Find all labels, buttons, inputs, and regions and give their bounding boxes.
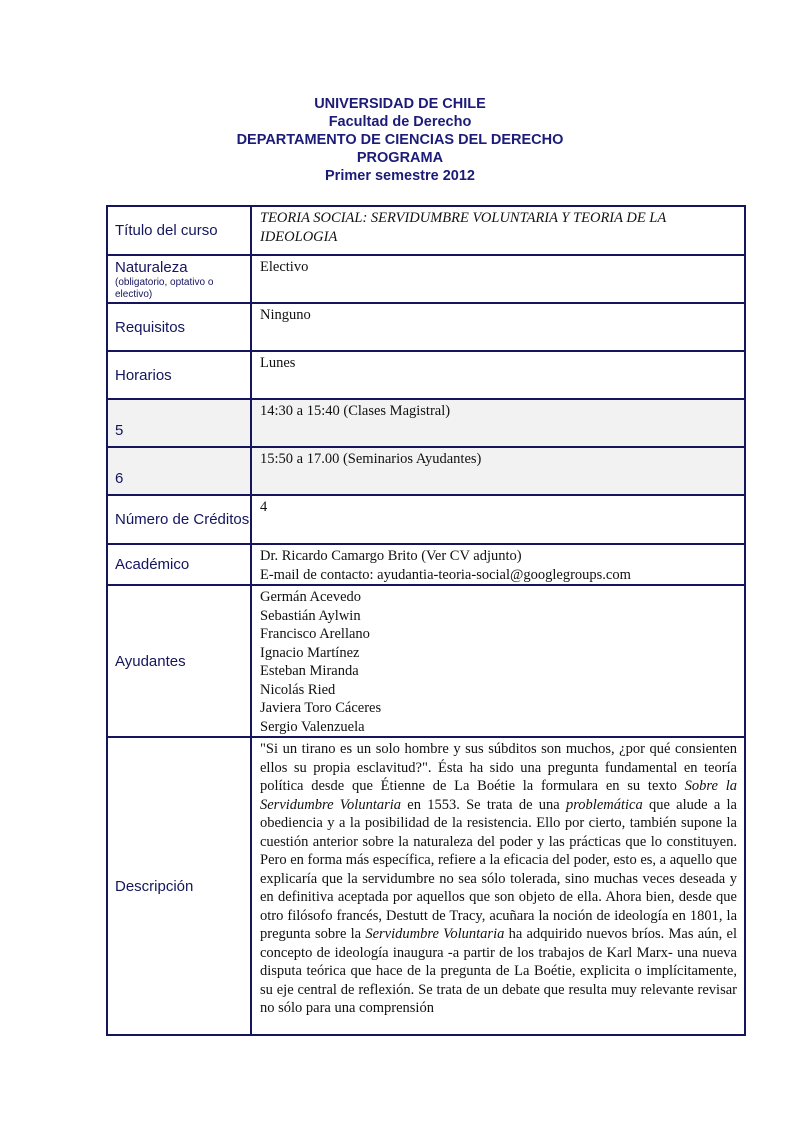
label-naturaleza-title: Naturaleza bbox=[115, 259, 188, 276]
value-creditos: 4 bbox=[251, 495, 745, 544]
value-bloque-5: 14:30 a 15:40 (Clases Magistral) bbox=[251, 399, 745, 447]
label-naturaleza: Naturaleza (obligatorio, optativo o elec… bbox=[107, 255, 251, 303]
description-emphasis: problemática bbox=[566, 797, 643, 813]
faculty-name: Facultad de Derecho bbox=[0, 113, 800, 131]
value-requisitos: Ninguno bbox=[251, 303, 745, 351]
description-emphasis: Servidumbre Voluntaria bbox=[365, 926, 504, 942]
assistant-name: Nicolás Ried bbox=[260, 681, 737, 700]
row-titulo: Título del curso TEORIA SOCIAL: SERVIDUM… bbox=[107, 206, 745, 255]
academic-name: Dr. Ricardo Camargo Brito (Ver CV adjunt… bbox=[260, 547, 737, 566]
row-bloque-5: 5 14:30 a 15:40 (Clases Magistral) bbox=[107, 399, 745, 447]
row-ayudantes: Ayudantes Germán AcevedoSebastián Aylwin… bbox=[107, 585, 745, 737]
assistant-name: Ignacio Martínez bbox=[260, 644, 737, 663]
row-horarios: Horarios Lunes bbox=[107, 351, 745, 399]
row-bloque-6: 6 15:50 a 17.00 (Seminarios Ayudantes) bbox=[107, 447, 745, 495]
assistant-name: Francisco Arellano bbox=[260, 625, 737, 644]
assistant-name: Sergio Valenzuela bbox=[260, 718, 737, 737]
value-naturaleza: Electivo bbox=[251, 255, 745, 303]
description-segment: que alude a la obediencia y a la posibil… bbox=[260, 797, 737, 943]
label-horarios: Horarios bbox=[107, 351, 251, 399]
row-descripcion: Descripción "Si un tirano es un solo hom… bbox=[107, 737, 745, 1035]
label-ayudantes: Ayudantes bbox=[107, 585, 251, 737]
value-bloque-6: 15:50 a 17.00 (Seminarios Ayudantes) bbox=[251, 447, 745, 495]
label-creditos: Número de Créditos bbox=[107, 495, 251, 544]
value-descripcion: "Si un tirano es un solo hombre y sus sú… bbox=[251, 737, 745, 1035]
row-creditos: Número de Créditos 4 bbox=[107, 495, 745, 544]
label-requisitos: Requisitos bbox=[107, 303, 251, 351]
value-ayudantes: Germán AcevedoSebastián AylwinFrancisco … bbox=[251, 585, 745, 737]
university-name: UNIVERSIDAD DE CHILE bbox=[0, 95, 800, 113]
description-segment: en 1553. Se trata de una bbox=[401, 797, 566, 813]
assistant-name: Javiera Toro Cáceres bbox=[260, 699, 737, 718]
document-header: UNIVERSIDAD DE CHILE Facultad de Derecho… bbox=[0, 95, 800, 185]
label-descripcion: Descripción bbox=[107, 737, 251, 1035]
semester: Primer semestre 2012 bbox=[0, 167, 800, 185]
assistants-list: Germán AcevedoSebastián AylwinFrancisco … bbox=[260, 588, 737, 736]
document-type: PROGRAMA bbox=[0, 149, 800, 167]
value-academico: Dr. Ricardo Camargo Brito (Ver CV adjunt… bbox=[251, 544, 745, 585]
description-segment: "Si un tirano es un solo hombre y sus sú… bbox=[260, 741, 737, 794]
row-requisitos: Requisitos Ninguno bbox=[107, 303, 745, 351]
row-academico: Académico Dr. Ricardo Camargo Brito (Ver… bbox=[107, 544, 745, 585]
assistant-name: Esteban Miranda bbox=[260, 662, 737, 681]
program-table: Título del curso TEORIA SOCIAL: SERVIDUM… bbox=[106, 205, 746, 1036]
row-naturaleza: Naturaleza (obligatorio, optativo o elec… bbox=[107, 255, 745, 303]
label-titulo: Título del curso bbox=[107, 206, 251, 255]
value-horarios: Lunes bbox=[251, 351, 745, 399]
department-name: DEPARTAMENTO DE CIENCIAS DEL DERECHO bbox=[0, 131, 800, 149]
assistant-name: Germán Acevedo bbox=[260, 588, 737, 607]
label-academico: Académico bbox=[107, 544, 251, 585]
label-bloque-6: 6 bbox=[107, 447, 251, 495]
label-naturaleza-hint: (obligatorio, optativo o electivo) bbox=[115, 277, 250, 301]
assistant-name: Sebastián Aylwin bbox=[260, 607, 737, 626]
description-text: "Si un tirano es un solo hombre y sus sú… bbox=[260, 740, 737, 1018]
label-bloque-5: 5 bbox=[107, 399, 251, 447]
value-titulo: TEORIA SOCIAL: SERVIDUMBRE VOLUNTARIA Y … bbox=[251, 206, 745, 255]
contact-email: E-mail de contacto: ayudantia-teoria-soc… bbox=[260, 566, 737, 585]
